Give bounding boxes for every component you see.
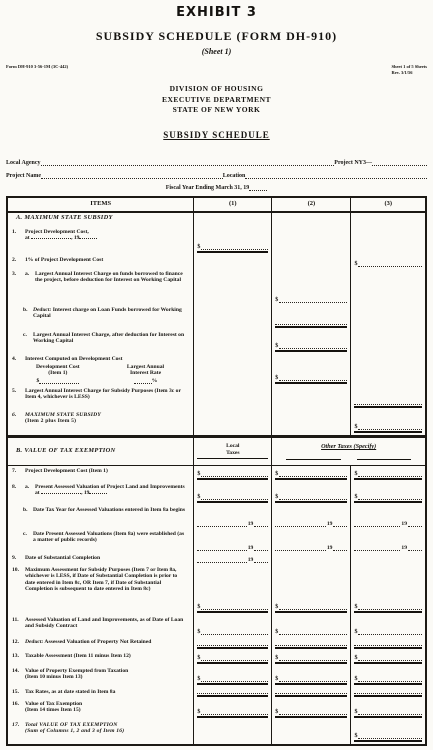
fill-line [354,401,422,408]
dollar-fill-line: $ [197,630,268,635]
fill-line [245,175,427,179]
sheet-stamp-line1: Sheet 1 of 5 Sheets [392,64,428,69]
other-taxes-header: Other Taxes (Specify) [272,437,426,466]
date-fill-line: 19 [354,522,422,527]
page-subtitle: SUBSIDY SCHEDULE [6,130,427,140]
section-b-label: B. VALUE OF TAX EXEMPTION [12,447,115,454]
col-header-items: ITEMS [7,197,194,212]
form-meta-row: Form DH-910 3-56-1M (3C-442) Sheet 1 of … [6,64,427,78]
dollar-fill-line: $ [354,605,422,613]
sheet-note: (Sheet 1) [6,47,427,56]
row-item-13: 13. Taxable Assessment (Item 11 minus It… [7,651,426,666]
row-item-10: 10. Maximum Assessment for Subsidy Purpo… [7,565,426,615]
section-a-row: A. MAXIMUM STATE SUBSIDY [7,212,426,227]
row-item-4: 4. Interest Computed on Development Cost… [7,354,426,386]
item-8b-label: Date Tax Year for Assessed Valuations en… [33,507,189,514]
fiscal-year-label: Fiscal Year Ending March 31, 19 [166,185,250,191]
fill-line [31,235,71,239]
row-item-11: 11. Assessed Valuation of Land and Impro… [7,615,426,637]
dollar-fill-line: $ [197,245,268,253]
item-number: 4. [12,356,25,363]
item-10-label: Maximum Assessment for Subsidy Purposes … [25,567,189,593]
location-label: Location [223,173,246,179]
item-number: 2. [12,257,25,264]
item-9-label: Date of Substantial Completion [25,555,189,562]
row-item-8a: 8. a. Present Assessed Valuation of Proj… [7,482,426,505]
dollar-fill-line: $ [354,425,422,433]
item-letter: a. [25,484,35,497]
dollar-fill-line: $ [197,605,268,613]
dollar-fill-line: $ [197,495,268,503]
project-name-line: Project Name Location [6,166,427,179]
item-number: 17. [12,722,25,735]
item-1-label: Project Development Cost, at , 19 [25,229,189,242]
project-number-label: Project NY3— [334,160,372,166]
dollar-fill-line: $ [354,495,422,503]
date-fill-line: 19 [197,546,268,551]
dollar-fill-line: $ [354,677,422,685]
fill-line [89,490,107,494]
org-line3: STATE OF NEW YORK [6,105,427,116]
dollar-fill-line: $ [275,630,347,635]
dollar-fill-line: $ [275,495,347,503]
fill-line [372,162,427,166]
item-17-label: Total VALUE OF TAX EXEMPTION(Sum of Colu… [25,722,189,735]
table-header-row: ITEMS (1) (2) (3) [7,197,426,212]
item-4-subtable: Development Cost (Item 1) $ Largest Annu… [12,364,189,384]
dollar-fill-line: $ [354,472,422,480]
project-name-label: Project Name [6,173,41,179]
fill-line [354,690,422,697]
dollar-fill-line: $ [354,656,422,664]
item-number: 16. [12,701,25,714]
fill-line [249,187,267,191]
dollar-fill-line: $ [197,656,268,664]
row-item-7: 7. Project Development Cost (Item 1) $ $… [7,466,426,482]
dollar-fill-line: $ [275,710,347,718]
row-item-9: 9. Date of Substantial Completion 19 [7,553,426,565]
dollar-fill-line: $ [197,677,268,685]
scanned-form-page: EXHIBIT 3 SUBSIDY SCHEDULE (FORM DH-910)… [0,0,433,750]
date-fill-line: 19 [275,546,347,551]
fill-line [275,690,347,697]
item-letter: a. [25,271,35,284]
item-3c-label: Largest Annual Interest Charge, after de… [33,332,189,345]
item-number: 14. [12,668,25,681]
row-item-3a: 3. a. Largest Annual Interest Charge on … [7,269,426,305]
item-letter: c. [23,531,33,544]
agency-heading: DIVISION OF HOUSING EXECUTIVE DEPARTMENT… [6,84,427,116]
dollar-fill-line: $ [354,710,422,718]
item-5-label: Largest Annual Interest Charge for Subsi… [25,388,189,401]
item-3b-label: Deduct: Interest charge on Loan Funds bo… [33,307,189,320]
item-11-label: Assessed Valuation of Land and Improveme… [25,617,189,630]
form-number: Form DH-910 3-56-1M (3C-442) [6,64,68,69]
item-2-label: 1% of Project Development Cost [25,257,189,264]
local-taxes-header: LocalTaxes [194,437,272,466]
dollar-fill-line: $ [354,262,422,267]
item-letter: b. [23,507,33,514]
dollar-fill-line: $ [197,472,268,480]
exhibit-heading: EXHIBIT 3 [6,5,427,20]
dollar-fill-line: $ [354,630,422,635]
dollar-fill-line: $ [197,710,268,718]
row-item-8b: b. Date Tax Year for Assessed Valuations… [7,505,426,529]
date-fill-line: 19 [197,558,268,563]
rule-line [286,459,340,460]
dollar-fill-line: $ [275,472,347,480]
subsidy-schedule-table: ITEMS (1) (2) (3) A. MAXIMUM STATE SUBSI… [6,196,427,746]
local-agency-line: Local Agency Project NY3— [6,153,427,166]
dollar-fill-line: $ [275,344,347,352]
rule-line [357,459,411,460]
org-line1: DIVISION OF HOUSING [6,84,427,95]
item-12-label: Deduct: Assessed Valuation of Property N… [25,639,189,646]
dollar-fill-line: $ [275,656,347,664]
row-item-6: 6. MAXIMUM STATE SUBSIDY (Item 2 plus It… [7,410,426,437]
section-a-label: A. MAXIMUM STATE SUBSIDY [12,214,113,221]
row-item-15: 15. Tax Rates, as at date stated in Item… [7,687,426,699]
fill-line [41,162,335,166]
item-letter: c. [23,332,33,345]
dollar-fill-line: $ [354,734,422,742]
item-3a-label: Largest Annual Interest Charge on funds … [35,271,189,284]
fill-line [354,642,422,649]
dollar-fill-line: $ [14,378,102,384]
row-item-14: 14. Value of Property Exempted from Taxa… [7,666,426,687]
row-item-1: 1. Project Development Cost, at , 19 $ [7,227,426,255]
org-line2: EXECUTIVE DEPARTMENT [6,95,427,106]
item-number: 15. [12,689,25,696]
item-number: 6. [12,412,25,425]
item-15-label: Tax Rates, as at date stated in Item 8a [25,689,189,696]
row-item-17: 17. Total VALUE OF TAX EXEMPTION(Sum of … [7,720,426,745]
fill-line [275,642,347,649]
item-6-label: MAXIMUM STATE SUBSIDY (Item 2 plus Item … [25,412,189,425]
item-8c-label: Date Present Assessed Valuations (Item 8… [33,531,189,544]
col-header-2: (2) [272,197,351,212]
item-letter: b. [23,307,33,320]
item-number: 7. [12,468,25,475]
fill-line [41,175,223,179]
row-item-8c: c. Date Present Assessed Valuations (Ite… [7,529,426,553]
row-item-16: 16. Value of Tax Exemption(Item 14 times… [7,699,426,720]
row-item-5: 5. Largest Annual Interest Charge for Su… [7,386,426,410]
item-16-label: Value of Tax Exemption(Item 14 times Ite… [25,701,189,714]
item-4-label: Interest Computed on Development Cost [25,356,189,363]
item-number: 3. [12,271,25,284]
fill-line [41,490,81,494]
item-14-label: Value of Property Exempted from Taxation… [25,668,189,681]
dollar-fill-line: $ [275,298,347,303]
item-number: 9. [12,555,25,562]
rule-line [197,458,268,459]
dollar-fill-line: $ [275,677,347,685]
section-b-header-row: B. VALUE OF TAX EXEMPTION LocalTaxes Oth… [7,437,426,466]
row-item-3c: c. Largest Annual Interest Charge, after… [7,330,426,354]
sheet-stamp: Sheet 1 of 5 Sheets Rev. 3/1/56 [392,64,428,75]
row-item-3b: b. Deduct: Interest charge on Loan Funds… [7,305,426,330]
fiscal-year-line: Fiscal Year Ending March 31, 19 [6,179,427,191]
item-number: 8. [12,484,25,497]
item-number: 11. [12,617,25,630]
item-number: 1. [12,229,25,242]
item-8a-label: Present Assessed Valuation of Project La… [35,484,189,497]
header-fields: Local Agency Project NY3— Project Name L… [6,153,427,191]
date-fill-line: 19 [275,522,347,527]
fill-line [79,235,97,239]
row-item-12: 12. Deduct: Assessed Valuation of Proper… [7,637,426,651]
fill-line [197,642,268,649]
item-number: 13. [12,653,25,660]
dollar-fill-line: $ [275,376,347,384]
date-fill-line: 19 [354,546,422,551]
item-number: 12. [12,639,25,646]
item-number: 5. [12,388,25,401]
item-7-label: Project Development Cost (Item 1) [25,468,189,475]
date-fill-line: 19 [197,522,268,527]
col-header-1: (1) [194,197,272,212]
item-13-label: Taxable Assessment (Item 11 minus Item 1… [25,653,189,660]
form-title: SUBSIDY SCHEDULE (FORM DH-910) [6,29,427,44]
col-header-3: (3) [351,197,426,212]
fill-line [197,690,268,697]
dollar-fill-line: $ [275,605,347,613]
row-item-2: 2. 1% of Project Development Cost $ [7,255,426,269]
percent-fill-line: % [102,378,190,384]
item-number: 10. [12,567,25,593]
local-agency-label: Local Agency [6,160,41,166]
sheet-stamp-line2: Rev. 3/1/56 [392,70,413,75]
fill-line [275,321,347,328]
